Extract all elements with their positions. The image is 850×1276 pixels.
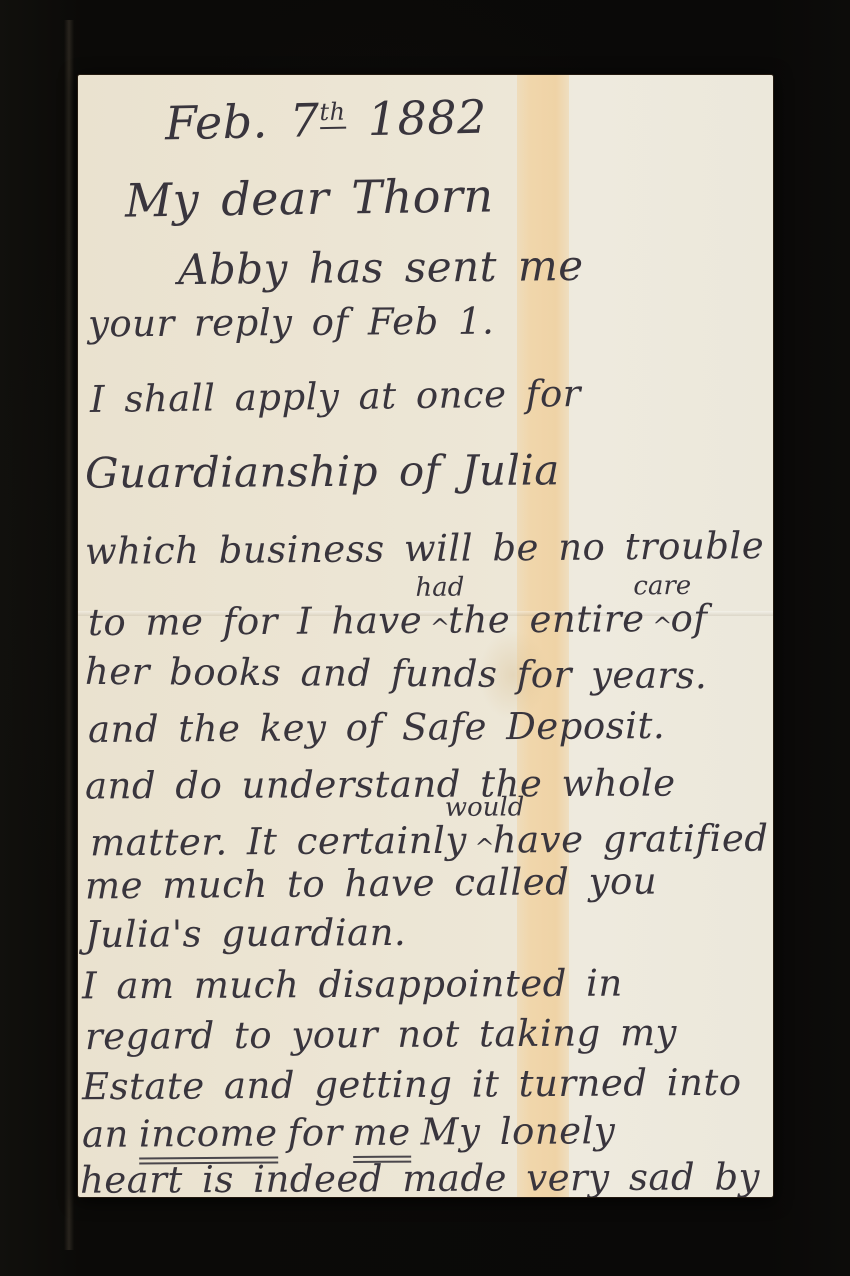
salutation-text: My dear Thorn xyxy=(125,168,494,227)
backing-edge-highlight xyxy=(64,20,74,1250)
line-text: an xyxy=(82,1113,129,1156)
letter-line: regard to your not taking my xyxy=(85,1011,677,1058)
line-text: the entire xyxy=(448,597,645,641)
handwriting-layer: Feb. 7th 1882 My dear Thorn Abby has sen… xyxy=(78,75,773,1197)
line-text: I am much disappointed in xyxy=(82,962,623,1008)
underlined-word: income xyxy=(139,1111,278,1164)
letter-line: which business will be no trouble xyxy=(85,524,765,573)
line-text: I shall apply at once for xyxy=(90,372,581,421)
letter-line: heart is indeed made very sad by xyxy=(80,1155,760,1197)
letter-line: Estate and getting it turned into xyxy=(82,1061,742,1109)
insertion: had^ xyxy=(432,596,448,633)
inserted-word: would xyxy=(445,792,525,823)
date-pre: Feb. 7 xyxy=(164,93,320,150)
line-text: her books and funds for years. xyxy=(85,650,708,697)
date-ordinal-suffix: th xyxy=(319,97,346,129)
letter-line-with-insertions: to me for I havehad^the entirecare^of xyxy=(88,594,708,644)
line-text: and do understand the whole xyxy=(85,761,676,807)
line-text: regard to your not taking my xyxy=(85,1011,677,1058)
letter-line: me much to have called you xyxy=(85,860,657,908)
line-text: and the key of Safe Deposit. xyxy=(88,704,665,751)
line-text: heart is indeed made very sad by xyxy=(80,1155,760,1197)
underlined-word: me xyxy=(353,1111,411,1163)
line-text: My lonely xyxy=(421,1109,616,1153)
letter-line: I am much disappointed in xyxy=(82,962,623,1008)
line-text: have gratified xyxy=(493,817,769,862)
letter-line: I shall apply at once for xyxy=(90,372,581,421)
line-text: Abby has sent me xyxy=(178,241,584,294)
date-line: Feb. 7th 1882 xyxy=(164,90,487,151)
line-text: your reply of Feb 1. xyxy=(88,300,495,346)
letter-line: her books and funds for years. xyxy=(85,650,708,697)
inserted-word: had xyxy=(415,573,464,603)
line-text: which business will be no trouble xyxy=(85,524,765,573)
line-text: Julia's guardian. xyxy=(85,911,407,956)
caret-mark: ^ xyxy=(652,614,673,638)
line-text: for xyxy=(287,1111,342,1154)
letter-line: Abby has sent me xyxy=(178,241,584,294)
letter-page: Feb. 7th 1882 My dear Thorn Abby has sen… xyxy=(78,75,773,1197)
letter-line: and the key of Safe Deposit. xyxy=(88,704,665,751)
letter-line-with-underlines: anincomeformeMy lonely xyxy=(82,1109,616,1156)
salutation-line: My dear Thorn xyxy=(125,168,494,227)
line-text: of xyxy=(670,597,707,640)
insertion: care^ xyxy=(654,594,670,631)
letter-line: and do understand the whole xyxy=(85,761,676,807)
letter-line: Guardianship of Julia xyxy=(85,445,560,497)
letter-line: your reply of Feb 1. xyxy=(88,300,495,346)
line-text: me much to have called you xyxy=(85,860,657,908)
letter-line: Julia's guardian. xyxy=(85,911,407,956)
inserted-word: care xyxy=(633,571,691,601)
caret-mark: ^ xyxy=(430,616,451,640)
line-text: Guardianship of Julia xyxy=(85,445,560,497)
date-year: 1882 xyxy=(367,90,487,146)
line-text: Estate and getting it turned into xyxy=(82,1061,742,1109)
line-text: matter. It certainly xyxy=(90,819,467,865)
letter-line-with-insertions: matter. It certainlywould^have gratified xyxy=(90,814,769,865)
caret-mark: ^ xyxy=(474,836,495,860)
line-text: to me for I have xyxy=(88,599,422,644)
insertion: would^ xyxy=(477,816,493,853)
